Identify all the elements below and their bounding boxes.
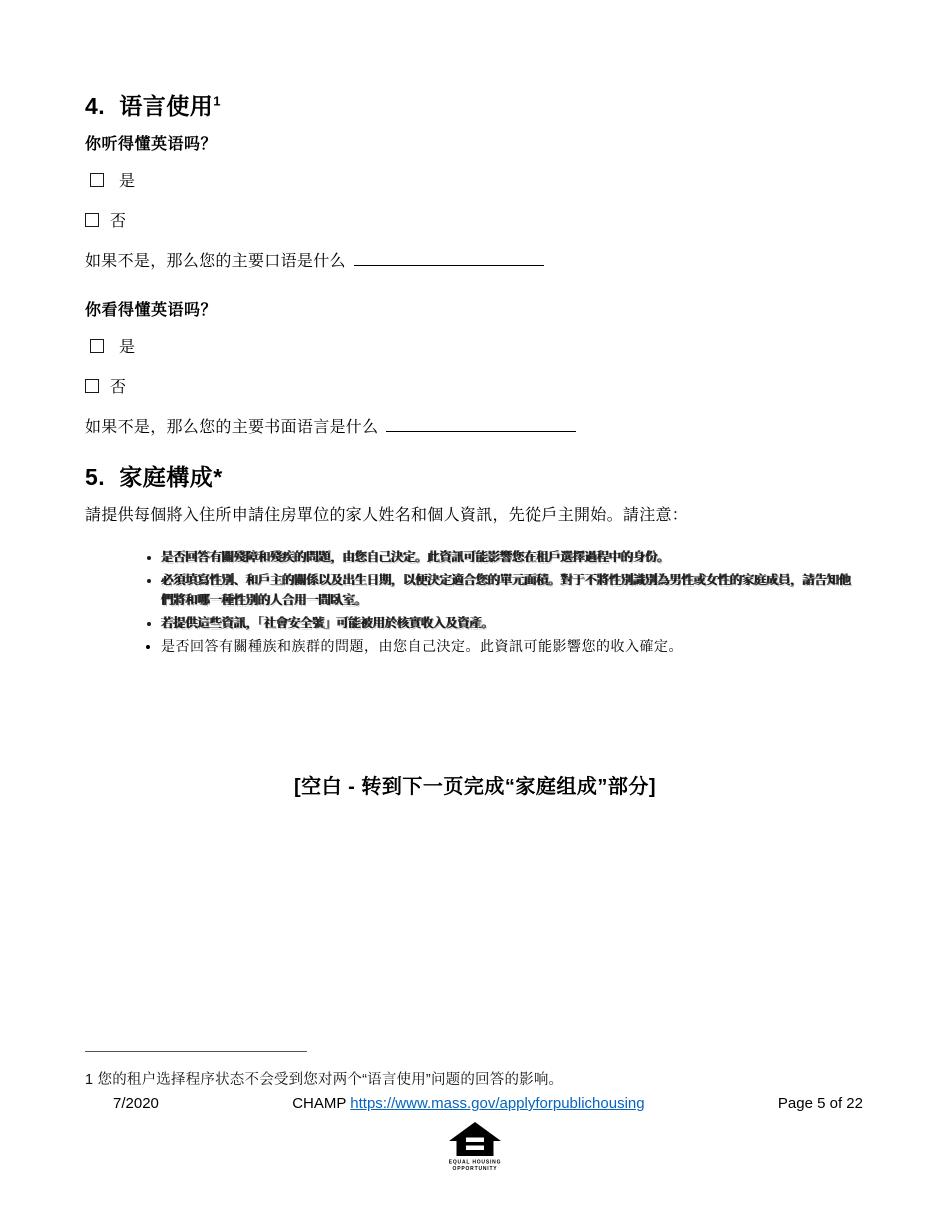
footer-app-name: CHAMP bbox=[292, 1095, 346, 1112]
checkbox-read-yes-label: 是 bbox=[119, 334, 135, 357]
list-item: 必須填寫性別、和戶主的關係以及出生日期，以便決定適合您的單元面積。對于不將性別識… bbox=[161, 570, 853, 610]
checkbox-listen-no[interactable] bbox=[85, 213, 99, 227]
section4-heading: 4.语言使用1 bbox=[85, 88, 865, 121]
footer-date: 7/2020 bbox=[113, 1095, 159, 1112]
checkbox-listen-yes-label: 是 bbox=[119, 168, 135, 191]
section5-title: 家庭構成 bbox=[119, 464, 213, 490]
question-read-english: 你看得懂英语吗？ bbox=[85, 297, 865, 320]
primary-written-language-field[interactable] bbox=[386, 415, 576, 432]
read-yes-row: 是 bbox=[85, 334, 865, 357]
document-page: 4.语言使用1 你听得懂英语吗？ 是 否 如果不是，那么您的主要口语是什么 你看… bbox=[0, 0, 950, 1230]
section4-number: 4. bbox=[85, 93, 105, 119]
page-footer: 7/2020 CHAMP https://www.mass.gov/applyf… bbox=[85, 1095, 865, 1112]
equal-housing-logo: EQUAL HOUSING OPPORTUNITY bbox=[444, 1120, 506, 1174]
followup-written-language-text: 如果不是，那么您的主要书面语言是什么 bbox=[85, 419, 378, 436]
blank-page-notice: [空白 - 转到下一页完成“家庭组成”部分] bbox=[0, 770, 950, 799]
apply-for-public-housing-link[interactable]: https://www.mass.gov/applyforpublichousi… bbox=[350, 1095, 644, 1112]
checkbox-listen-yes[interactable] bbox=[90, 173, 104, 187]
checkbox-read-no-label: 否 bbox=[110, 374, 126, 397]
section5-number: 5. bbox=[85, 464, 105, 490]
list-item: 是否回答有關種族和族群的問題，由您自己決定。此資訊可能影響您的收入確定。 bbox=[161, 636, 853, 657]
section5-notes-list: 是否回答有關殘障和殘疾的問題，由您自己決定。此資訊可能影響您在租戶選擇過程中的身… bbox=[143, 547, 853, 657]
followup-written-language: 如果不是，那么您的主要书面语言是什么 bbox=[85, 414, 865, 437]
checkbox-read-no[interactable] bbox=[85, 379, 99, 393]
section4-footnote-marker: 1 bbox=[213, 93, 221, 108]
footer-center: CHAMP https://www.mass.gov/applyforpubli… bbox=[159, 1095, 778, 1112]
section5-asterisk: * bbox=[213, 464, 222, 490]
list-item: 若提供這些資訊，「社會安全號」可能被用於核實收入及資產。 bbox=[161, 613, 853, 633]
logo-text-line2: OPPORTUNITY bbox=[453, 1166, 498, 1172]
footnote-text: 1 您的租户选择程序状态不会受到您对两个“语言使用”问题的回答的影响。 bbox=[85, 1068, 865, 1089]
followup-spoken-language-text: 如果不是，那么您的主要口语是什么 bbox=[85, 253, 346, 270]
footnote-marker: 1 bbox=[85, 1072, 93, 1088]
question-understand-spoken-english: 你听得懂英语吗？ bbox=[85, 131, 865, 154]
read-no-row: 否 bbox=[85, 374, 865, 397]
footnote-divider bbox=[85, 1051, 307, 1052]
footer-page-number: Page 5 of 22 bbox=[778, 1095, 863, 1112]
section5-intro: 請提供每個將入住所申請住房單位的家人姓名和個人資訊，先從戶主開始。請注意： bbox=[85, 502, 865, 525]
list-item: 是否回答有關殘障和殘疾的問題，由您自己決定。此資訊可能影響您在租戶選擇過程中的身… bbox=[161, 547, 853, 567]
logo-text-line1: EQUAL HOUSING bbox=[449, 1160, 502, 1166]
footnote-block: 1 您的租户选择程序状态不会受到您对两个“语言使用”问题的回答的影响。 bbox=[85, 1051, 865, 1089]
listen-no-row: 否 bbox=[85, 208, 865, 231]
footnote-body: 您的租户选择程序状态不会受到您对两个“语言使用”问题的回答的影响。 bbox=[98, 1072, 564, 1088]
listen-yes-row: 是 bbox=[85, 168, 865, 191]
section4-title: 语言使用 bbox=[119, 93, 213, 119]
followup-spoken-language: 如果不是，那么您的主要口语是什么 bbox=[85, 248, 865, 271]
logo-wrap: EQUAL HOUSING OPPORTUNITY bbox=[0, 1120, 950, 1179]
section5-heading: 5.家庭構成* bbox=[85, 459, 865, 492]
checkbox-read-yes[interactable] bbox=[90, 339, 104, 353]
primary-spoken-language-field[interactable] bbox=[354, 249, 544, 266]
checkbox-listen-no-label: 否 bbox=[110, 208, 126, 231]
